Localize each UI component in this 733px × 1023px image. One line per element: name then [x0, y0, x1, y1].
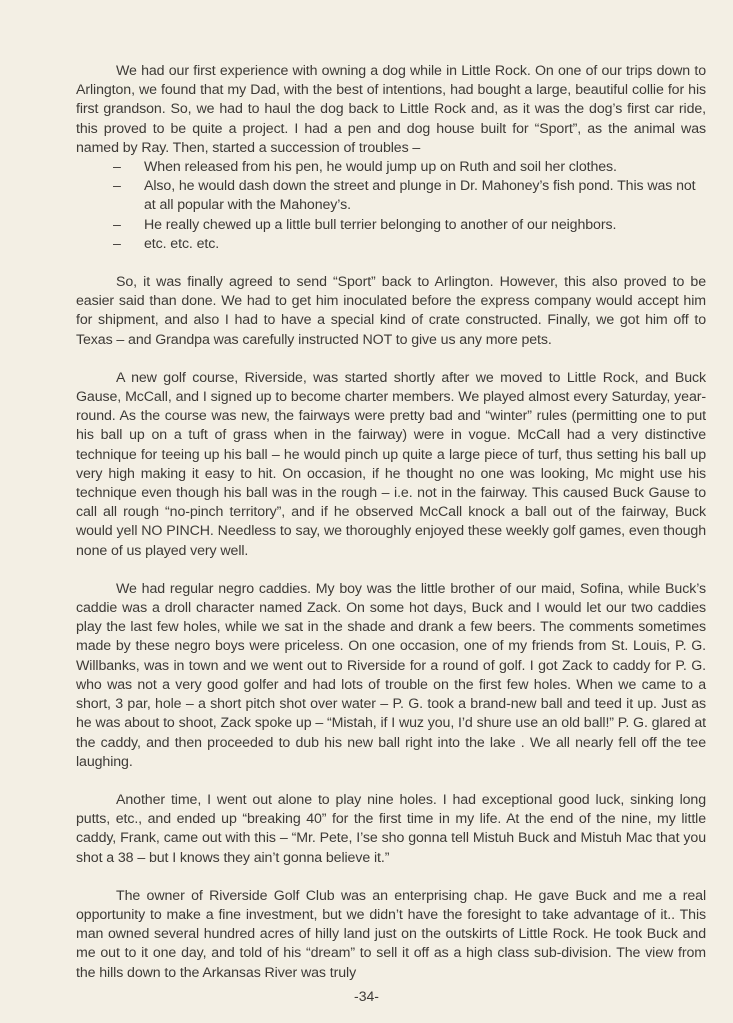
page-number: -34-	[0, 988, 733, 1004]
paragraph-breaking-40: Another time, I went out alone to play n…	[76, 791, 706, 868]
paragraph-dog-intro: We had our first experience with owning …	[76, 62, 706, 158]
paragraph-riverside-owner: The owner of Riverside Golf Club was an …	[76, 887, 706, 983]
list-item: – etc. etc. etc.	[76, 235, 706, 254]
dash-bullet-icon: –	[113, 216, 121, 235]
document-body: We had our first experience with owning …	[76, 62, 706, 983]
dash-bullet-icon: –	[113, 177, 121, 196]
dash-bullet-icon: –	[113, 235, 121, 254]
paragraph-caddies: We had regular negro caddies. My boy was…	[76, 580, 706, 772]
paragraph-sport-sent-back: So, it was finally agreed to send “Sport…	[76, 273, 706, 350]
troubles-list: – When released from his pen, he would j…	[76, 158, 706, 254]
list-item-text: Also, he would dash down the street and …	[144, 178, 696, 213]
list-item-text: He really chewed up a little bull terrie…	[144, 217, 616, 233]
list-item-text: etc. etc. etc.	[144, 236, 219, 252]
list-item: – When released from his pen, he would j…	[76, 158, 706, 177]
list-item-text: When released from his pen, he would jum…	[144, 159, 617, 175]
dash-bullet-icon: –	[113, 158, 121, 177]
paragraph-golf-course: A new golf course, Riverside, was starte…	[76, 369, 706, 561]
list-item: – He really chewed up a little bull terr…	[76, 216, 706, 235]
list-item: – Also, he would dash down the street an…	[76, 177, 706, 215]
